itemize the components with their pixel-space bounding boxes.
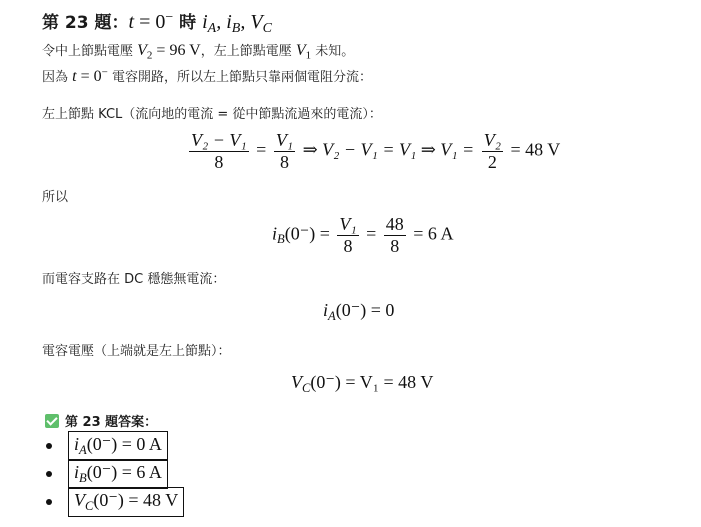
math-rest: (0⁻) = 0 [336,300,395,320]
title-mid: 時 [173,13,202,33]
answer-box: VC(0⁻) = 48 V [68,487,184,517]
ib-equation: iB(0⁻) = V₁8 = 488 = 6 A [272,214,453,256]
equation-result: = 6 A [413,223,453,243]
answer-heading: 第 23 題答案： [45,411,157,430]
problem-title: 第 23 題：t = 0− 時 iA, iB, VC [42,8,272,37]
math-v1: V [296,42,306,59]
denominator: 2 [486,152,499,173]
numerator: V₁ [337,214,358,236]
denominator: 8 [212,152,225,173]
ia-equation: iA(0⁻) = 0 [323,300,394,324]
math-arg: (0⁻) = [285,223,330,243]
bullet [46,499,52,505]
kcl-equation: V₂ − V₁8 = V₁8 ⇒ V₂ − V₁ = V₁ ⇒ V₁ = V₂2… [186,130,560,172]
answer-list: iA(0⁻) = 0 A iB(0⁻) = 6 A VC(0⁻) = 48 V [46,432,184,516]
math-rest: (0⁻) = 6 A [87,462,162,482]
denominator: 8 [278,152,291,173]
capacitor-branch-label: 而電容支路在 DC 穩態無電流： [42,268,225,287]
text: 電容開路，所以左上節點只靠兩個電阻分流： [108,70,372,85]
so-label: 所以 [42,186,68,205]
equation-middle: ⇒ V₂ − V₁ = V₁ ⇒ V₁ = [303,139,475,159]
fraction: V₁8 [274,130,295,172]
text: ，左上節點電壓 [201,44,296,59]
text: 令中上節點電壓 [42,44,137,59]
math-eq: = 0 [134,11,165,33]
title-prefix: 第 23 題： [42,13,129,33]
text: 未知。 [311,44,354,59]
answer-item: VC(0⁻) = 48 V [46,488,184,516]
math-v2: V [137,42,147,59]
equation-result: = 48 V [510,139,560,159]
numerator: V₁ [274,130,295,152]
capacitor-voltage-label: 電容電壓（上端就是左上節點）： [42,340,231,359]
math-sub: A [328,309,336,323]
numerator: 48 [384,214,406,236]
text: 因為 [42,70,72,85]
math-value: = 96 V [152,42,200,59]
answer-heading-text: 第 23 題答案： [65,411,157,430]
fraction: V₂2 [482,130,503,172]
math-rest: (0⁻) = V₁ = 48 V [310,372,433,392]
math-sub: B [79,471,87,485]
answer-box: iA(0⁻) = 0 A [68,431,168,461]
math-var: V [74,490,85,510]
math-rest: (0⁻) = 0 A [87,434,162,454]
intro-line-1: 令中上節點電壓 V2 = 96 V，左上節點電壓 V1 未知。 [42,40,354,61]
math-eq: = 0 [77,68,102,85]
answer-item: iA(0⁻) = 0 A [46,432,184,460]
math-var: V [291,372,302,392]
answer-item: iB(0⁻) = 6 A [46,460,184,488]
denominator: 8 [388,236,401,257]
numerator: V₂ − V₁ [189,130,249,152]
numerator: V₂ [482,130,503,152]
intro-line-2: 因為 t = 0− 電容開路，所以左上節點只靠兩個電阻分流： [42,66,372,86]
denominator: 8 [341,236,354,257]
vc-equation: VC(0⁻) = V₁ = 48 V [291,372,433,396]
math-sub: A [79,443,87,457]
math-rest: (0⁻) = 48 V [93,490,178,510]
answer-box: iB(0⁻) = 6 A [68,459,168,489]
math-sub: B [277,232,285,246]
bullet [46,471,52,477]
kcl-label: 左上節點 KCL（流向地的電流 = 從中節點流過來的電流）： [42,103,382,122]
fraction: 488 [384,214,406,256]
fraction: V₂ − V₁8 [189,130,249,172]
check-mark-icon [45,414,59,428]
bullet [46,443,52,449]
fraction: V₁8 [337,214,358,256]
